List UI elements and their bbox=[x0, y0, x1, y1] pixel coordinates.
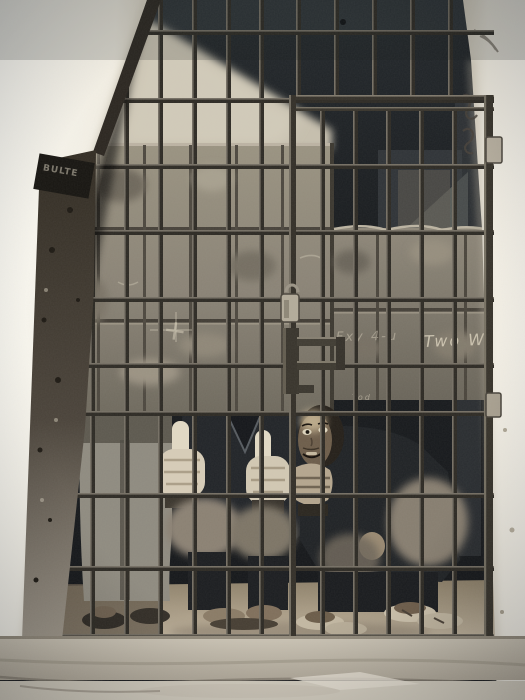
prison-gate-photograph: Two Worked Fxy 4-u Tod + bbox=[0, 0, 525, 700]
photo-overlays bbox=[0, 0, 525, 700]
photo-canvas: Two Worked Fxy 4-u Tod + bbox=[0, 0, 525, 700]
film-grain bbox=[0, 0, 525, 700]
